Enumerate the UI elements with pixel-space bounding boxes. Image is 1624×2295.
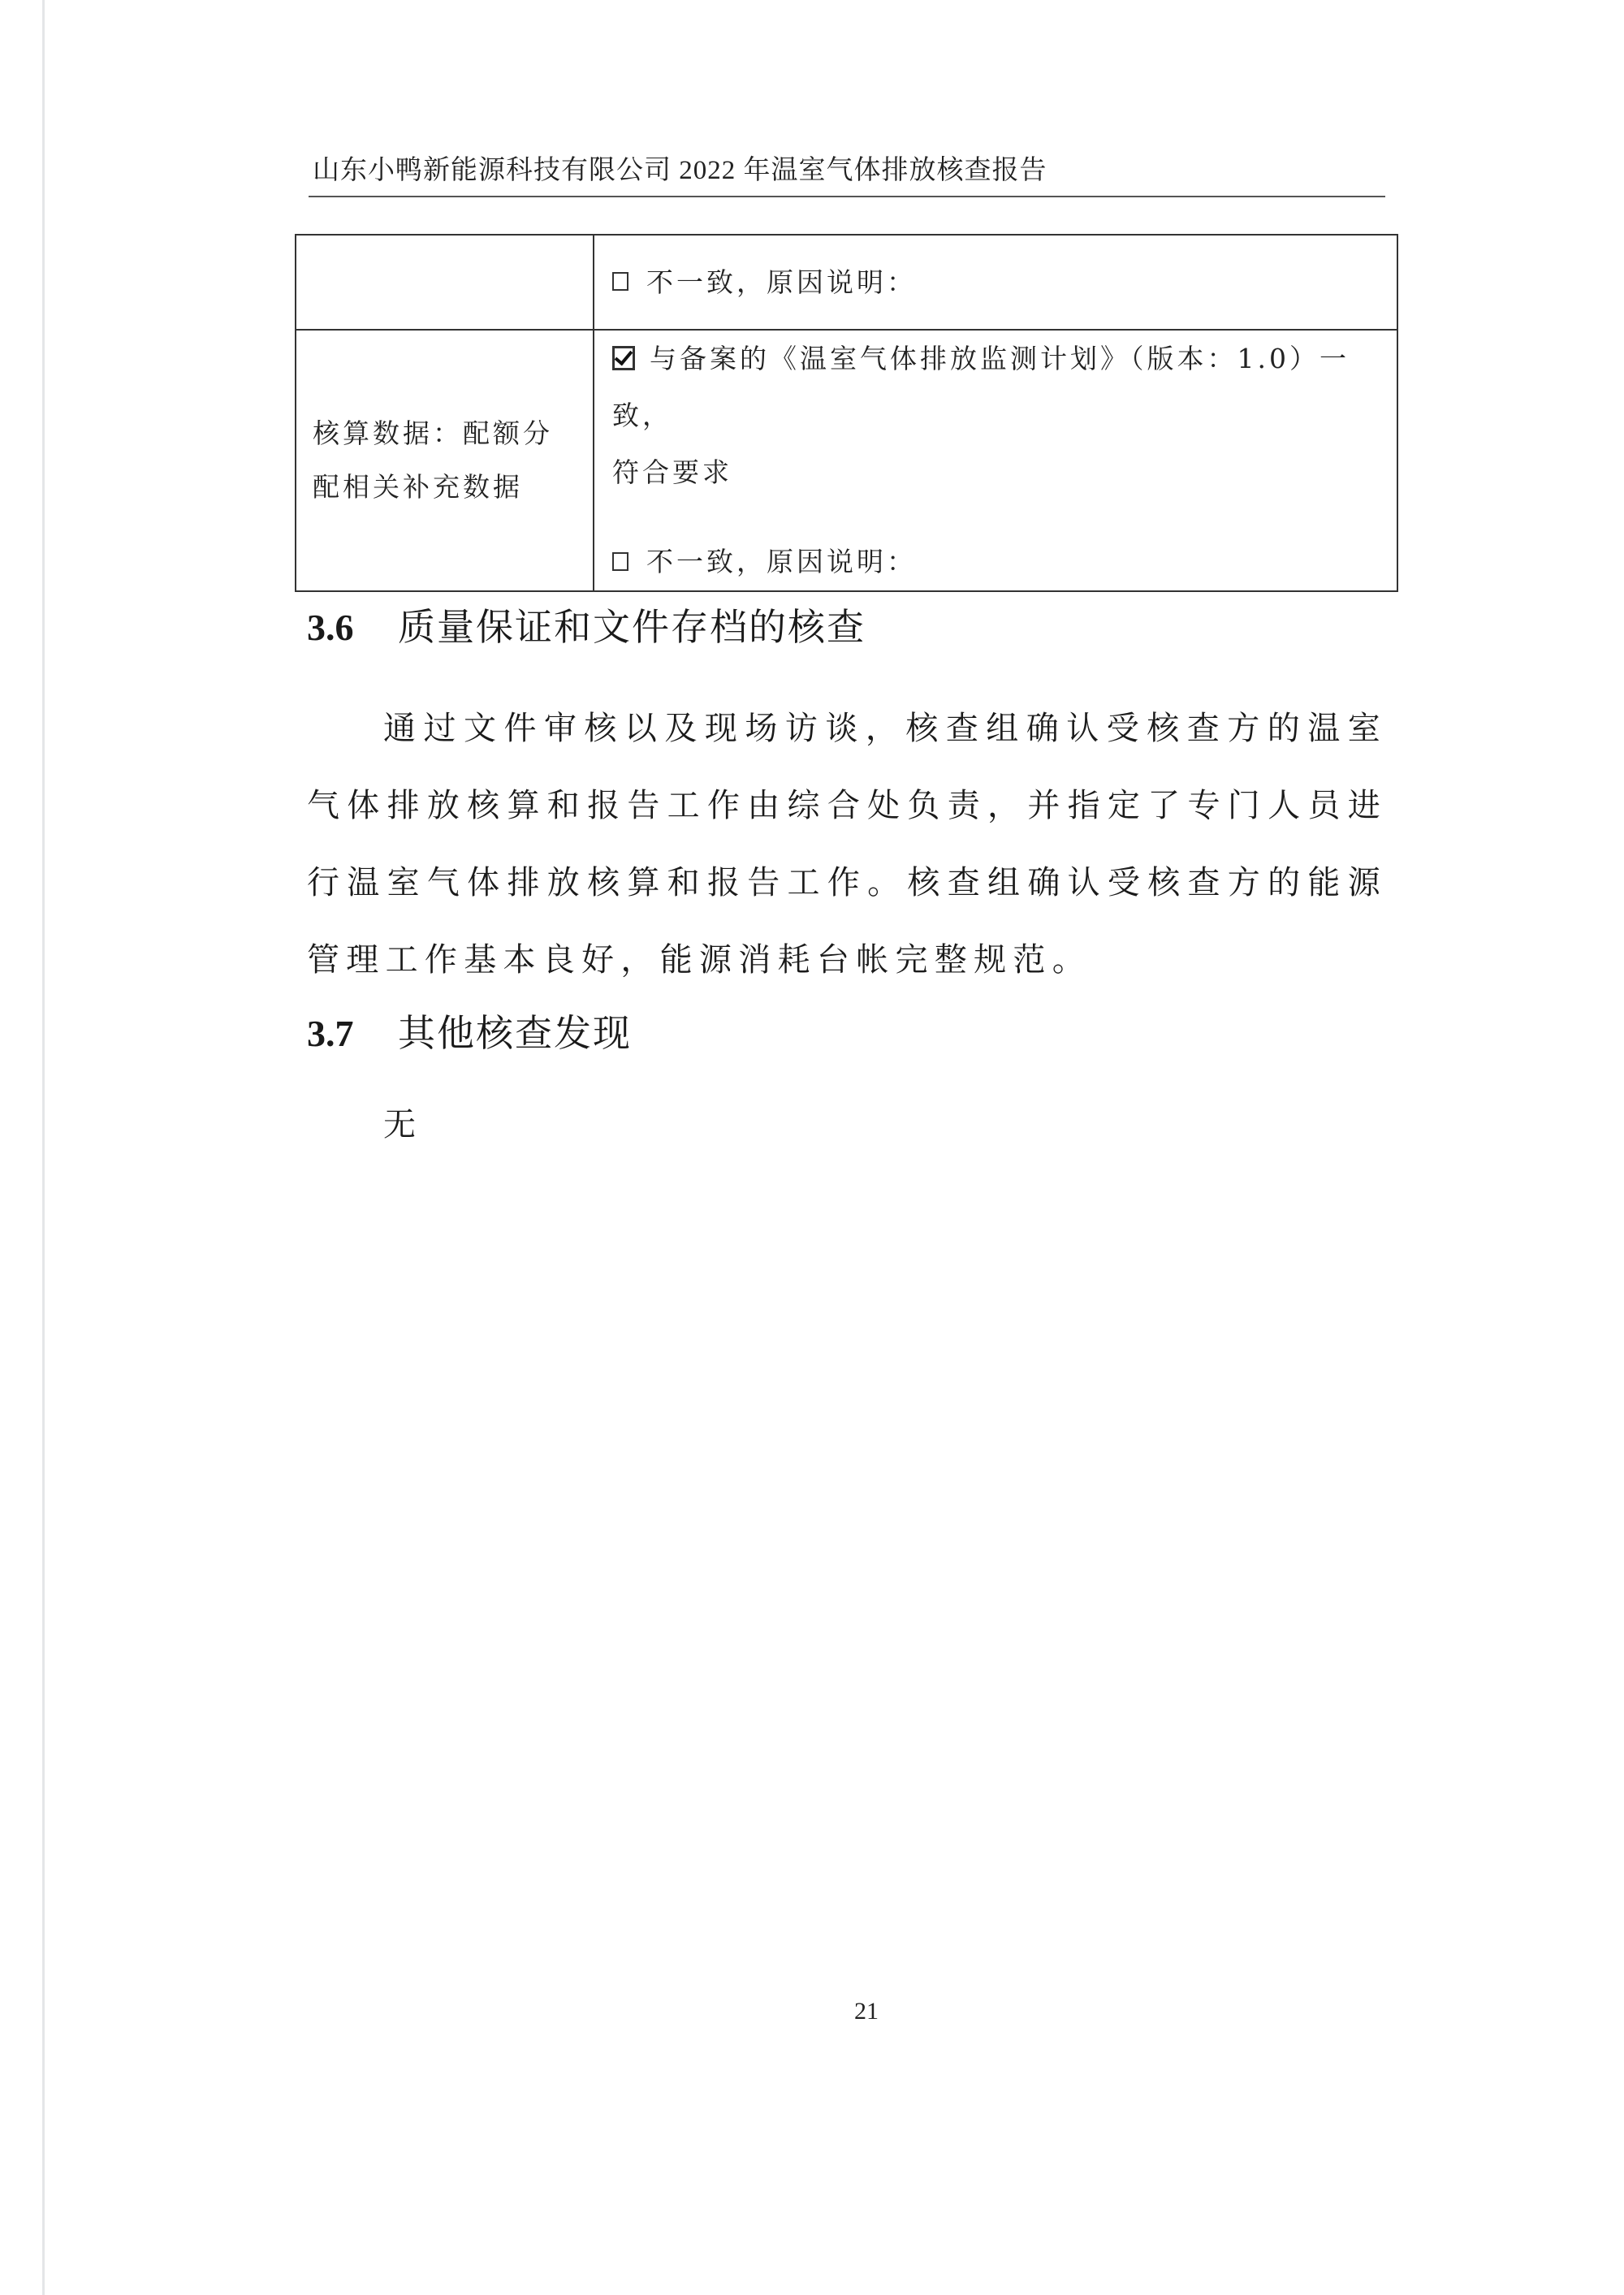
section-title: 质量保证和文件存档的核查 [398,607,866,648]
page-header: 山东小鸭新能源科技有限公司 2022 年温室气体排放核查报告 [313,154,1384,187]
option-text: 与备案的《温室气体排放监测计划》（版本：1.0）一致， [612,343,1350,431]
option-text: 不一致，原因说明： [646,546,917,577]
checkbox-unchecked-icon [612,272,628,291]
table-row: 核算数据：配额分 配相关补充数据 与备案的《温室气体排放监测计划》（版本：1.0… [296,330,1397,591]
option-inconsistent: 不一致，原因说明： [612,254,1397,311]
option-consistent: 与备案的《温室气体排放监测计划》（版本：1.0）一致， [612,331,1397,444]
verification-table: 不一致，原因说明： 核算数据：配额分 配相关补充数据 与备案的《温室气体排放监测… [295,234,1398,592]
section-number: 3.6 [307,605,398,650]
section-heading-3-7: 3.7其他核查发现 [307,1011,632,1057]
table-cell-label [296,235,594,330]
label-line: 配相关补充数据 [313,460,593,514]
section-paragraph: 通过文件审核以及现场访谈，核查组确认受核查方的温室气体排放核算和报告工作由综合处… [307,690,1387,999]
checkbox-unchecked-icon [612,552,628,571]
option-text: 不一致，原因说明： [646,266,917,298]
section-paragraph: 无 [383,1104,416,1145]
table-cell-value: 与备案的《温室气体排放监测计划》（版本：1.0）一致， 符合要求 不一致，原因说… [594,330,1397,591]
option-inconsistent: 不一致，原因说明： [612,534,1397,590]
option-text-continued: 符合要求 [612,444,1397,501]
label-line: 核算数据：配额分 [313,407,593,460]
checkbox-checked-icon [612,346,635,370]
scan-edge [42,0,45,2295]
section-title: 其他核查发现 [398,1013,632,1054]
section-number: 3.7 [307,1011,398,1057]
page-number: 21 [854,1998,879,2025]
table-cell-label: 核算数据：配额分 配相关补充数据 [296,330,594,591]
table-row: 不一致，原因说明： [296,235,1397,330]
section-heading-3-6: 3.6质量保证和文件存档的核查 [307,605,866,650]
header-rule [309,196,1385,197]
table-cell-value: 不一致，原因说明： [594,235,1397,330]
